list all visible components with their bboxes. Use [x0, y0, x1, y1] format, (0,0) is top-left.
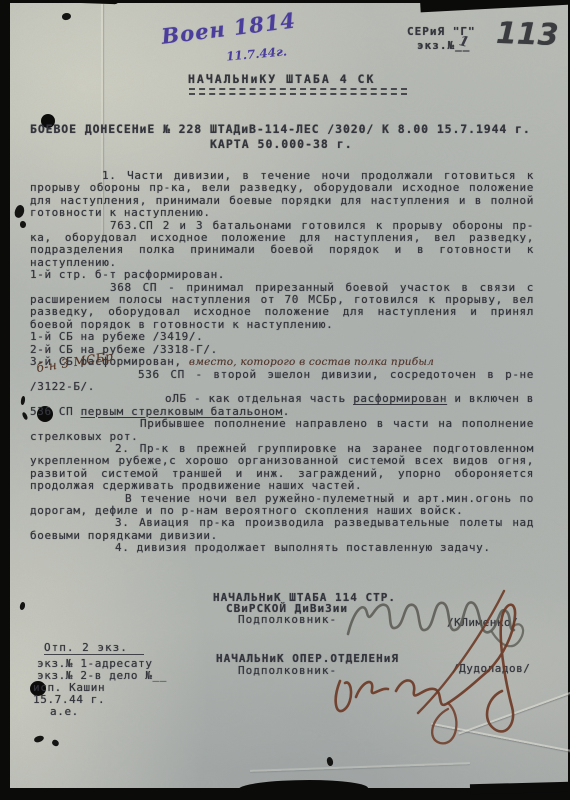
paragraph-1: 1. Части дивизии, в течение ночи продолж…: [30, 170, 534, 220]
paragraph-4: 4. дивизия продолжает выполнять поставле…: [30, 542, 534, 554]
addressee-line: НАЧАЛЬНиКУ ШТАБА 4 СК: [188, 72, 375, 86]
paragraph-2: 2. Пр-к в прежней группировке на заранее…: [30, 443, 534, 493]
olb-underlined-1: расформирован: [353, 392, 447, 405]
olb-pre: оЛБ - как отдельная часть: [165, 392, 353, 405]
olb-underlined-2: первым стрелковым батальоном: [81, 405, 283, 418]
torn-edge-bottom-bump: [238, 780, 368, 798]
footer-copies: Отп. 2 экз.: [44, 641, 144, 654]
paragraph-763sp: 763.СП 2 и 3 батальонами готовился к про…: [30, 220, 534, 270]
signer2-name: /Дудоладов/: [452, 662, 530, 675]
map-reference: КАРТА 50.000-38 г.: [210, 137, 353, 151]
signer2-rank: Подполковник-: [238, 664, 337, 677]
report-title: БОЕВОЕ ДОНЕСЕНиЕ № 228 ШТАДиВ-114-ЛЕС /3…: [30, 122, 531, 136]
addressee-underline: [189, 88, 407, 95]
handwritten-insertion: вместо, которого в состав полка прибыл: [189, 356, 434, 368]
paragraph-368sp: 368 СП - принимал прирезанный боевой уча…: [30, 282, 534, 332]
ink-blot: [20, 221, 26, 228]
paragraph-1st-bn: 1-й стр. б-т расформирован.: [30, 269, 534, 281]
signer1-name: /КЛименко/: [447, 616, 518, 629]
paragraph-536sp: 536 СП - второй эшелон дивизии, сосредот…: [30, 369, 534, 394]
footer-copies-text: Отп. 2 экз.: [44, 641, 144, 655]
paragraph-replacements: Прибывшее пополнение направлено в части …: [30, 418, 534, 443]
paragraph-olb: оЛБ - как отдельная часть расформирован …: [30, 393, 534, 418]
page-number-handwritten: 113: [495, 16, 559, 53]
signer1-rank: Подполковник-: [238, 613, 337, 626]
paragraph-3: 3. Авиация пр-ка производила разведывате…: [30, 517, 534, 542]
line-2sb-text: 2-й СБ на рубеже /3318-Г/.: [30, 343, 218, 356]
olb-post: .: [283, 405, 290, 418]
footer-initials: а.е.: [50, 705, 79, 718]
paragraph-night-fire: В течение ночи вел ружейно-пулеметный и …: [30, 493, 534, 518]
